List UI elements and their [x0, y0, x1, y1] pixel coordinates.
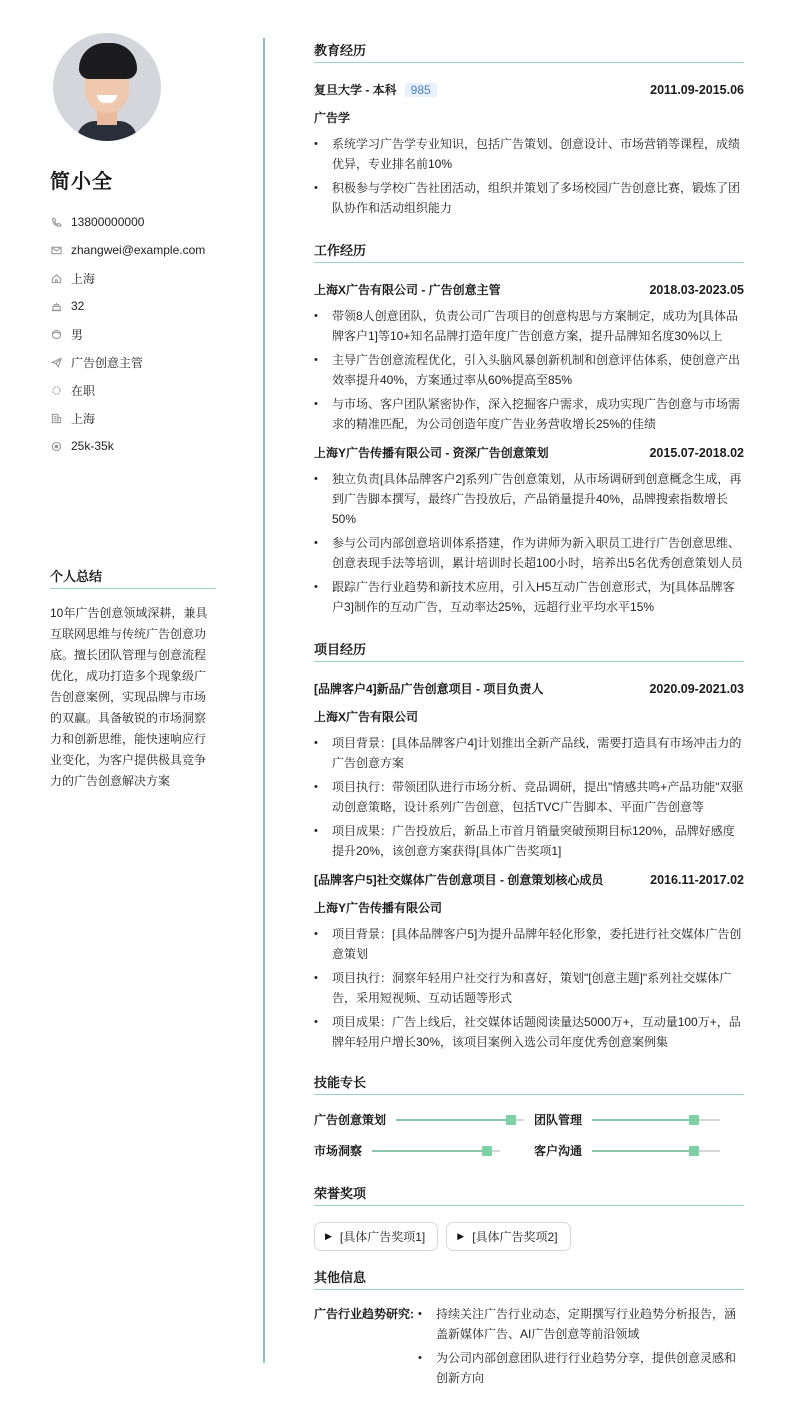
- job-header: 上海Y广告传播有限公司 - 资深广告创意策划 2015.07-2018.02: [314, 444, 744, 461]
- project-date: 2016.11-2017.02: [650, 873, 744, 887]
- education-date: 2011.09-2015.06: [650, 83, 744, 97]
- other-bullets: 持续关注广告行业动态，定期撰写行业趋势分析报告，涵盖新媒体广告、AI广告创意等前…: [418, 1304, 744, 1392]
- info-location: 上海: [50, 264, 216, 292]
- section-title: 其他信息: [314, 1267, 744, 1290]
- job-heading: 上海Y广告传播有限公司 - 资深广告创意策划: [314, 444, 549, 461]
- list-item: 项目背景：[具体品牌客户4]计划推出全新产品线，需要打造具有市场冲击力的广告创意…: [314, 733, 744, 773]
- project-header: [品牌客户4]新品广告创意项目 - 项目负责人 2020.09-2021.03: [314, 680, 744, 697]
- main-content: 教育经历 复旦大学 - 本科985 2011.09-2015.06 广告学 系统…: [314, 40, 744, 1392]
- status-icon: [50, 384, 62, 396]
- awards-list: ▶ [具体广告奖项1] ▶ [具体广告奖项2]: [314, 1222, 744, 1251]
- list-item: 参与公司内部创意培训体系搭建，作为讲师为新入职员工进行广告创意思维、创意表现手法…: [314, 533, 744, 573]
- contact-info-list: 13800000000 zhangwei@example.com 上海 32 男…: [50, 208, 216, 460]
- project-bullets: 项目背景：[具体品牌客户5]为提升品牌年轻化形象，委托进行社交媒体广告创意策划 …: [314, 924, 744, 1052]
- section-title: 项目经历: [314, 639, 744, 662]
- skill-label: 团队管理: [534, 1111, 582, 1128]
- project-heading: [品牌客户4]新品广告创意项目 - 项目负责人: [314, 680, 543, 697]
- work-section: 工作经历 上海X广告有限公司 - 广告创意主管 2018.03-2023.05 …: [314, 240, 744, 617]
- sidebar: 简小全 13800000000 zhangwei@example.com 上海 …: [50, 33, 216, 460]
- award-item[interactable]: ▶ [具体广告奖项1]: [314, 1222, 438, 1251]
- skill-item: 客户沟通: [534, 1142, 744, 1159]
- info-phone: 13800000000: [50, 208, 216, 236]
- project-header: [品牌客户5]社交媒体广告创意项目 - 创意策划核心成员 2016.11-201…: [314, 871, 744, 888]
- school-name: 复旦大学 - 本科: [314, 83, 397, 97]
- skill-knob: [482, 1146, 492, 1156]
- skill-bar: [372, 1150, 500, 1152]
- paper-plane-icon: [50, 356, 62, 368]
- summary-title: 个人总结: [50, 566, 216, 589]
- skill-knob: [689, 1115, 699, 1125]
- home-icon: [50, 272, 62, 284]
- section-title: 技能专长: [314, 1072, 744, 1095]
- gender-icon: [50, 328, 62, 340]
- job-heading: 上海X广告有限公司 - 广告创意主管: [314, 281, 501, 298]
- skill-bar: [396, 1119, 524, 1121]
- education-header: 复旦大学 - 本科985 2011.09-2015.06: [314, 81, 744, 98]
- skill-label: 客户沟通: [534, 1142, 582, 1159]
- project-heading: [品牌客户5]社交媒体广告创意项目 - 创意策划核心成员: [314, 871, 603, 888]
- info-work-city: 上海: [50, 404, 216, 432]
- list-item: 与市场、客户团队紧密协作，深入挖掘客户需求，成功实现广告创意与市场需求的精准匹配…: [314, 394, 744, 434]
- education-section: 教育经历 复旦大学 - 本科985 2011.09-2015.06 广告学 系统…: [314, 40, 744, 218]
- major: 广告学: [314, 109, 744, 126]
- other-info-label: 广告行业趋势研究:: [314, 1304, 414, 1392]
- project-bullets: 项目背景：[具体品牌客户4]计划推出全新产品线，需要打造具有市场冲击力的广告创意…: [314, 733, 744, 861]
- list-item: 项目成果：广告上线后，社交媒体话题阅读量达5000万+，互动量100万+，品牌年…: [314, 1012, 744, 1052]
- education-bullets: 系统学习广告学专业知识，包括广告策划、创意设计、市场营销等课程，成绩优异，专业排…: [314, 134, 744, 218]
- job-bullets: 独立负责[具体品牌客户2]系列广告创意策划，从市场调研到创意概念生成，再到广告脚…: [314, 469, 744, 617]
- other-info-row: 广告行业趋势研究: 持续关注广告行业动态，定期撰写行业趋势分析报告，涵盖新媒体广…: [314, 1304, 744, 1392]
- phone-icon: [50, 216, 62, 228]
- section-title: 工作经历: [314, 240, 744, 263]
- section-title: 教育经历: [314, 40, 744, 63]
- salary-icon: [50, 440, 62, 452]
- skill-label: 市场洞察: [314, 1142, 362, 1159]
- info-age: 32: [50, 292, 216, 320]
- list-item: 项目成果：广告投放后，新品上市首月销量突破预期目标120%，品牌好感度提升20%…: [314, 821, 744, 861]
- skills-grid: 广告创意策划 团队管理 市场洞察 客户沟通: [314, 1111, 744, 1159]
- skill-knob: [689, 1146, 699, 1156]
- mail-icon: [50, 244, 62, 256]
- play-triangle-icon: ▶: [325, 1231, 332, 1242]
- project-company: 上海X广告有限公司: [314, 708, 744, 725]
- other-info-section: 其他信息 广告行业趋势研究: 持续关注广告行业动态，定期撰写行业趋势分析报告，涵…: [314, 1267, 744, 1392]
- list-item: 独立负责[具体品牌客户2]系列广告创意策划，从市场调研到创意概念生成，再到广告脚…: [314, 469, 744, 529]
- info-email: zhangwei@example.com: [50, 236, 216, 264]
- list-item: 持续关注广告行业动态，定期撰写行业趋势分析报告，涵盖新媒体广告、AI广告创意等前…: [418, 1304, 744, 1344]
- list-item: 项目执行：带领团队进行市场分析、竞品调研，提出"情感共鸣+产品功能"双驱动创意策…: [314, 777, 744, 817]
- info-status: 在职: [50, 376, 216, 404]
- skill-label: 广告创意策划: [314, 1111, 386, 1128]
- school-badge: 985: [405, 83, 437, 97]
- avatar: [53, 33, 161, 141]
- candidate-name: 简小全: [50, 165, 216, 194]
- skill-item: 市场洞察: [314, 1142, 534, 1159]
- list-item: 项目执行：洞察年轻用户社交行为和喜好，策划"[创意主题]"系列社交媒体广告，采用…: [314, 968, 744, 1008]
- list-item: 系统学习广告学专业知识，包括广告策划、创意设计、市场营销等课程，成绩优异，专业排…: [314, 134, 744, 174]
- info-salary: 25k-35k: [50, 432, 216, 460]
- personal-summary: 个人总结 10年广告创意领域深耕，兼具互联网思维与传统广告创意功底。擅长团队管理…: [50, 566, 216, 792]
- list-item: 带领8人创意团队，负责公司广告项目的创意构思与方案制定，成功为[具体品牌客户1]…: [314, 306, 744, 346]
- summary-text: 10年广告创意领域深耕，兼具互联网思维与传统广告创意功底。擅长团队管理与创意流程…: [50, 603, 216, 792]
- list-item: 跟踪广告行业趋势和新技术应用，引入H5互动广告创意形式，为[具体品牌客户3]制作…: [314, 577, 744, 617]
- list-item: 为公司内部创意团队进行行业趋势分享，提供创意灵感和创新方向: [418, 1348, 744, 1388]
- job-header: 上海X广告有限公司 - 广告创意主管 2018.03-2023.05: [314, 281, 744, 298]
- section-title: 荣誉奖项: [314, 1183, 744, 1206]
- cake-icon: [50, 300, 62, 312]
- skill-item: 广告创意策划: [314, 1111, 534, 1128]
- projects-section: 项目经历 [品牌客户4]新品广告创意项目 - 项目负责人 2020.09-202…: [314, 639, 744, 1052]
- job-date: 2018.03-2023.05: [649, 283, 744, 297]
- skill-knob: [506, 1115, 516, 1125]
- list-item: 主导广告创意流程优化，引入头脑风暴创新机制和创意评估体系，使创意产出效率提升40…: [314, 350, 744, 390]
- skill-item: 团队管理: [534, 1111, 744, 1128]
- awards-section: 荣誉奖项 ▶ [具体广告奖项1] ▶ [具体广告奖项2]: [314, 1183, 744, 1251]
- list-item: 积极参与学校广告社团活动，组织并策划了多场校园广告创意比赛，锻炼了团队协作和活动…: [314, 178, 744, 218]
- project-company: 上海Y广告传播有限公司: [314, 899, 744, 916]
- job-date: 2015.07-2018.02: [649, 446, 744, 460]
- job-bullets: 带领8人创意团队，负责公司广告项目的创意构思与方案制定，成功为[具体品牌客户1]…: [314, 306, 744, 434]
- project-date: 2020.09-2021.03: [649, 682, 744, 696]
- building-icon: [50, 412, 62, 424]
- column-divider: [263, 38, 265, 1363]
- skill-bar: [592, 1150, 720, 1152]
- skill-bar: [592, 1119, 720, 1121]
- skills-section: 技能专长 广告创意策划 团队管理 市场洞察 客户沟通: [314, 1072, 744, 1159]
- play-triangle-icon: ▶: [457, 1231, 464, 1242]
- info-gender: 男: [50, 320, 216, 348]
- award-item[interactable]: ▶ [具体广告奖项2]: [446, 1222, 570, 1251]
- list-item: 项目背景：[具体品牌客户5]为提升品牌年轻化形象，委托进行社交媒体广告创意策划: [314, 924, 744, 964]
- info-position: 广告创意主管: [50, 348, 216, 376]
